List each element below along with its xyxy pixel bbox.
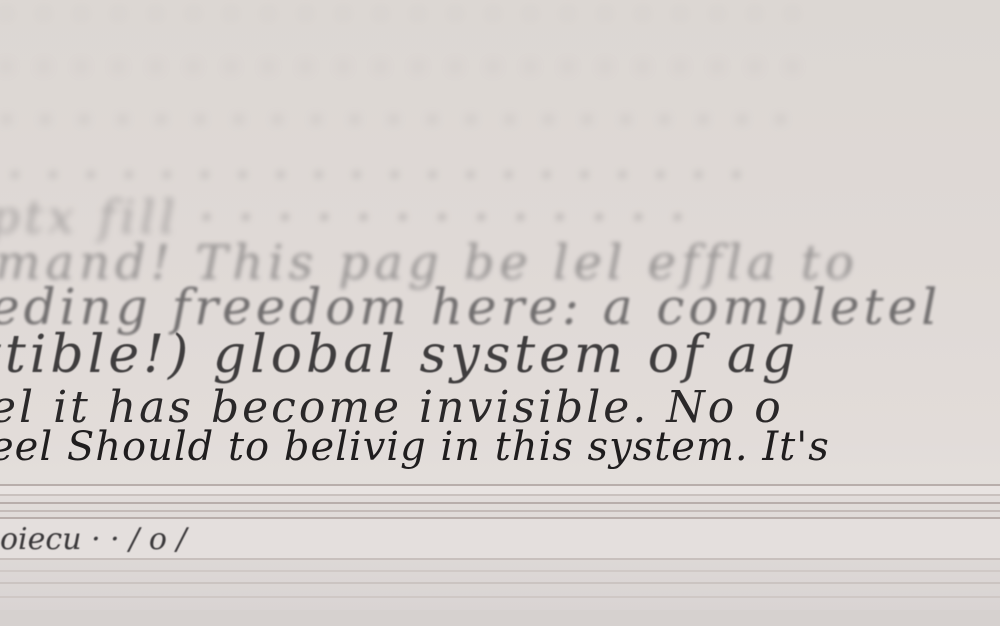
notebook-photo: · · · · · · · · · · · · · · · · · · · · …: [0, 0, 1000, 626]
blurred-handwriting-line: · · · · · · · · · · · · · · · · · · · · …: [0, 0, 1000, 38]
page-edge: [0, 502, 1000, 504]
handwriting-line-global: ttible!) global system of ag: [0, 325, 1000, 385]
blurred-handwriting-line: · · · · · · · · · · · · · · · · · · · · …: [0, 95, 1000, 144]
page-edge: [0, 484, 1000, 486]
page-sheet: [0, 610, 1000, 626]
page-edge: [0, 510, 1000, 512]
page-edge: [0, 570, 1000, 572]
lower-page-handwriting: oiecu · · / o /: [0, 522, 1000, 557]
page-edge: [0, 494, 1000, 496]
page-edge: [0, 582, 1000, 584]
page-edge: [0, 558, 1000, 560]
page-edge: [0, 596, 1000, 598]
blurred-handwriting-line: · · · · · · · · · · · · · · · · · · · · …: [0, 45, 1000, 91]
handwriting-line-system: eel Should to belivig in this system. It…: [0, 424, 1000, 470]
